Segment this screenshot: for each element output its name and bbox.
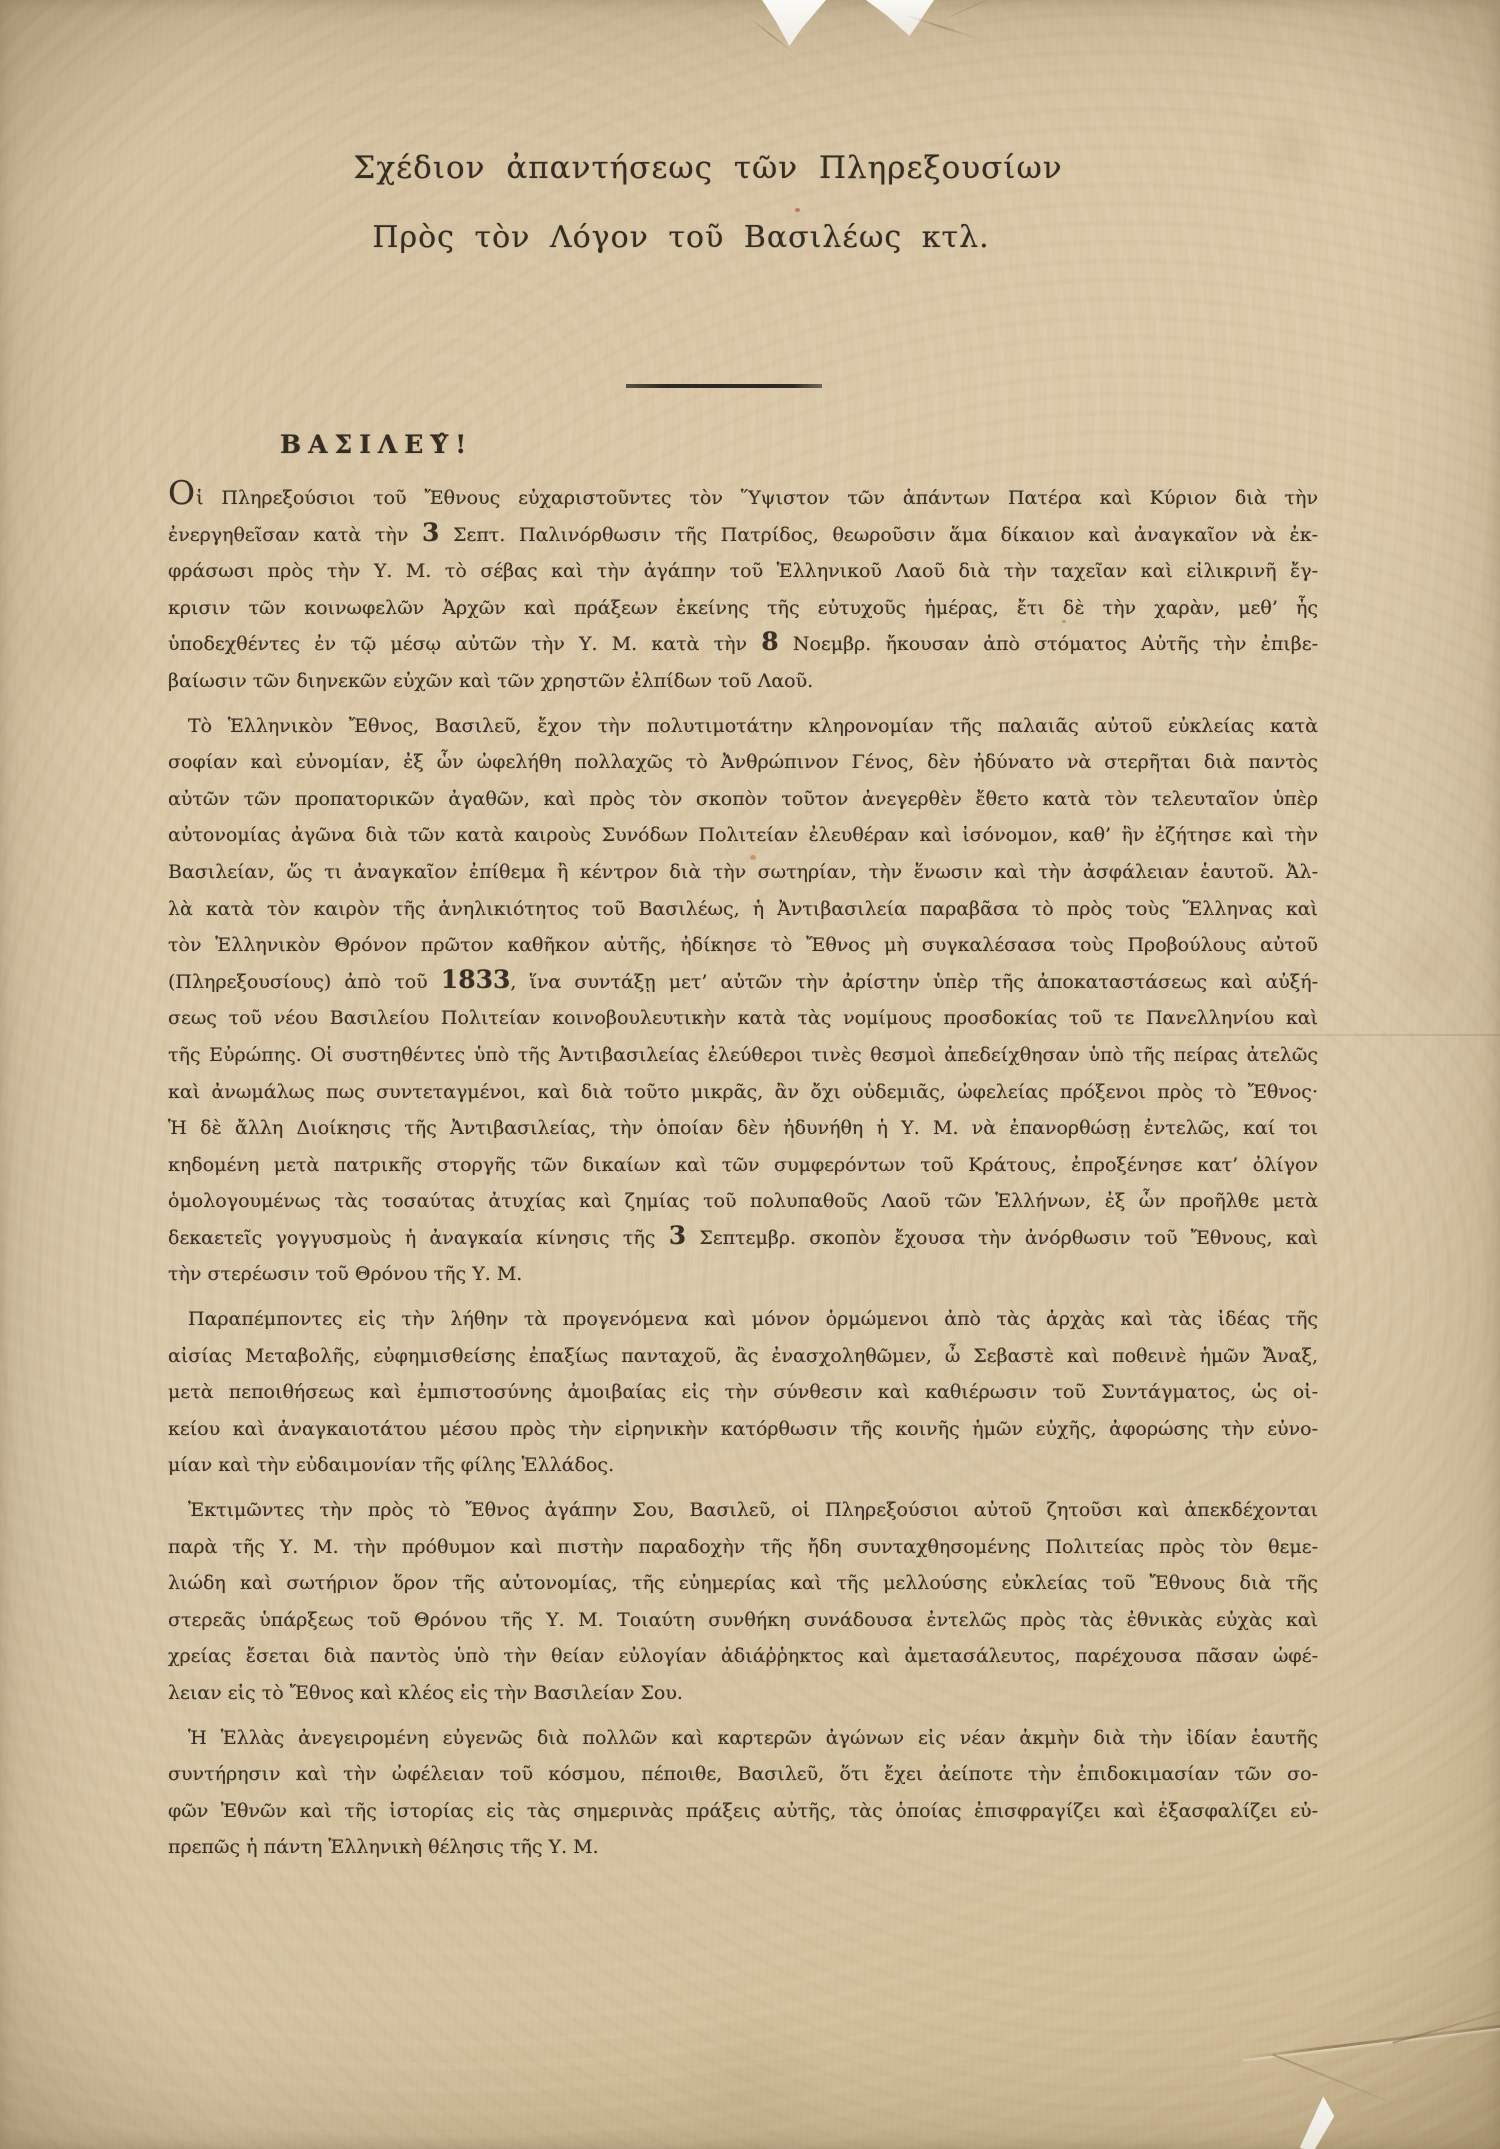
text-line: λειαν εἰς τὸ Ἔθνος καὶ κλέος εἰς τὴν Βασ… xyxy=(168,1675,1318,1712)
text-line: κηδομένη μετὰ πατρικῆς στοργῆς τῶν δικαί… xyxy=(168,1147,1318,1184)
text-line: χρείας ἔσεται διὰ παντὸς ὑπὸ τὴν θείαν ε… xyxy=(168,1638,1318,1675)
text-line: ὁμολογουμένως τὰς τοσαύτας ἀτυχίας καὶ ζ… xyxy=(168,1183,1318,1220)
text-line: τὸν Ἑλληνικὸν Θρόνον πρῶτον καθῆκον αὐτῆ… xyxy=(168,927,1318,964)
document-title-line-1: Σχέδιον ἀπαντήσεως τῶν Πληρεξουσίων xyxy=(133,150,1283,186)
text-line: ἐνεργηθεῖσαν κατὰ τὴν 3 Σεπτ. Παλινόρθωσ… xyxy=(168,517,1318,554)
text-line: κρισιν τῶν κοινωφελῶν Ἀρχῶν καὶ πράξεων … xyxy=(168,590,1318,627)
text-line: Τὸ Ἑλληνικὸν Ἔθνος, Βασιλεῦ, ἔχον τὴν πο… xyxy=(168,708,1318,745)
document-title-line-2: Πρὸς τὸν Λόγον τοῦ Βασιλέως κτλ. xyxy=(106,220,1256,255)
printed-content: Σχέδιον ἀπαντήσεως τῶν Πληρεξουσίων Πρὸς… xyxy=(168,0,1318,2149)
paragraph: Οἱ Πληρεξούσιοι τοῦ Ἔθνους εὐχαριστοῦντε… xyxy=(168,480,1318,700)
text-line: δεκαετεῖς γογγυσμοὺς ἡ ἀναγκαία κίνησις … xyxy=(168,1220,1318,1257)
document-body: Οἱ Πληρεξούσιοι τοῦ Ἔθνους εὐχαριστοῦντε… xyxy=(168,480,1318,1866)
text-line: αὐτῶν τῶν προπατορικῶν ἀγαθῶν, καὶ πρὸς … xyxy=(168,781,1318,818)
text-line: σεως τοῦ νέου Βασιλείου Πολιτείαν κοινοβ… xyxy=(168,1000,1318,1037)
text-line: τὴν στερέωσιν τοῦ Θρόνου τῆς Υ. Μ. xyxy=(168,1256,1318,1293)
text-line: βαίωσιν τῶν διηνεκῶν εὐχῶν καὶ τῶν χρηστ… xyxy=(168,663,1318,700)
text-line: στερεᾶς ὑπάρξεως τοῦ Θρόνου τῆς Υ. Μ. Το… xyxy=(168,1602,1318,1639)
text-line: ὑποδεχθέντες ἐν τῷ μέσῳ αὐτῶν τὴν Υ. Μ. … xyxy=(168,626,1318,663)
large-initial-letter: Ο xyxy=(168,473,196,512)
text-line: λὰ κατὰ τὸν καιρὸν τῆς ἀνηλικιότητος τοῦ… xyxy=(168,891,1318,928)
paragraph: Ἡ Ἑλλὰς ἀνεγειρομένη εὐγενῶς διὰ πολλῶν … xyxy=(168,1720,1318,1866)
text-line: φράσωσι πρὸς τὴν Υ. Μ. τὸ σέβας καὶ τὴν … xyxy=(168,553,1318,590)
paragraph: Παραπέμποντες εἰς τὴν λήθην τὰ προγενόμε… xyxy=(168,1301,1318,1484)
text-line: καὶ ἀνωμάλως πως συντεταγμένοι, καὶ διὰ … xyxy=(168,1074,1318,1111)
text-line: σοφίαν καὶ εὐνομίαν, ἐξ ὧν ὠφελήθη πολλα… xyxy=(168,744,1318,781)
text-line: παρὰ τῆς Υ. Μ. τὴν πρόθυμον καὶ πιστὴν π… xyxy=(168,1529,1318,1566)
oldstyle-numeral: 1833 xyxy=(441,965,511,994)
text-line: τῆς Εὐρώπης. Οἱ συστηθέντες ὑπὸ τῆς Ἀντι… xyxy=(168,1037,1318,1074)
text-line: Παραπέμποντες εἰς τὴν λήθην τὰ προγενόμε… xyxy=(168,1301,1318,1338)
text-line: (Πληρεξουσίους) ἀπὸ τοῦ 1833, ἵνα συντάξ… xyxy=(168,964,1318,1001)
text-line: Βασιλείαν, ὥς τι ἀναγκαῖον ἐπίθεμα ἢ κέν… xyxy=(168,854,1318,891)
text-line: αἰσίας Μεταβολῆς, εὐφημισθείσης ἐπαξίως … xyxy=(168,1338,1318,1375)
oldstyle-numeral: 3 xyxy=(669,1221,686,1250)
oldstyle-numeral: 3 xyxy=(422,518,439,547)
text-line: μίαν καὶ τὴν εὐδαιμονίαν τῆς φίλης Ἑλλάδ… xyxy=(168,1447,1318,1484)
text-line: μετὰ πεποιθήσεως καὶ ἐμπιστοσύνης ἀμοιβα… xyxy=(168,1374,1318,1411)
text-line: κείου καὶ ἀναγκαιοτάτου μέσου πρὸς τὴν ε… xyxy=(168,1411,1318,1448)
oldstyle-numeral: 8 xyxy=(761,627,778,656)
text-line: Οἱ Πληρεξούσιοι τοῦ Ἔθνους εὐχαριστοῦντε… xyxy=(168,480,1318,517)
title-divider-rule xyxy=(626,384,822,388)
text-line: Ἐκτιμῶντες τὴν πρὸς τὸ Ἔθνος ἀγάπην Σου,… xyxy=(168,1492,1318,1529)
text-line: πρεπῶς ἡ πάντη Ἑλληνικὴ θέλησις τῆς Υ. Μ… xyxy=(168,1829,1318,1866)
salutation-heading: ΒΑΣΙΛΕΥ̂! xyxy=(280,430,473,459)
text-line: λιώδη καὶ σωτήριον ὅρον τῆς αὐτονομίας, … xyxy=(168,1565,1318,1602)
text-line: Ἡ δὲ ἄλλη Διοίκησις τῆς Ἀντιβασιλείας, τ… xyxy=(168,1110,1318,1147)
text-line: φῶν Ἐθνῶν καὶ τῆς ἱστορίας εἰς τὰς σημερ… xyxy=(168,1793,1318,1830)
paragraph: Τὸ Ἑλληνικὸν Ἔθνος, Βασιλεῦ, ἔχον τὴν πο… xyxy=(168,708,1318,1294)
text-line: συντήρησιν καὶ τὴν ὠφέλειαν τοῦ κόσμου, … xyxy=(168,1756,1318,1793)
text-line: Ἡ Ἑλλὰς ἀνεγειρομένη εὐγενῶς διὰ πολλῶν … xyxy=(168,1720,1318,1757)
text-line: αὐτονομίας ἀγῶνα διὰ τῶν κατὰ καιροὺς Συ… xyxy=(168,817,1318,854)
paragraph: Ἐκτιμῶντες τὴν πρὸς τὸ Ἔθνος ἀγάπην Σου,… xyxy=(168,1492,1318,1712)
document-page: Σχέδιον ἀπαντήσεως τῶν Πληρεξουσίων Πρὸς… xyxy=(0,0,1500,2149)
